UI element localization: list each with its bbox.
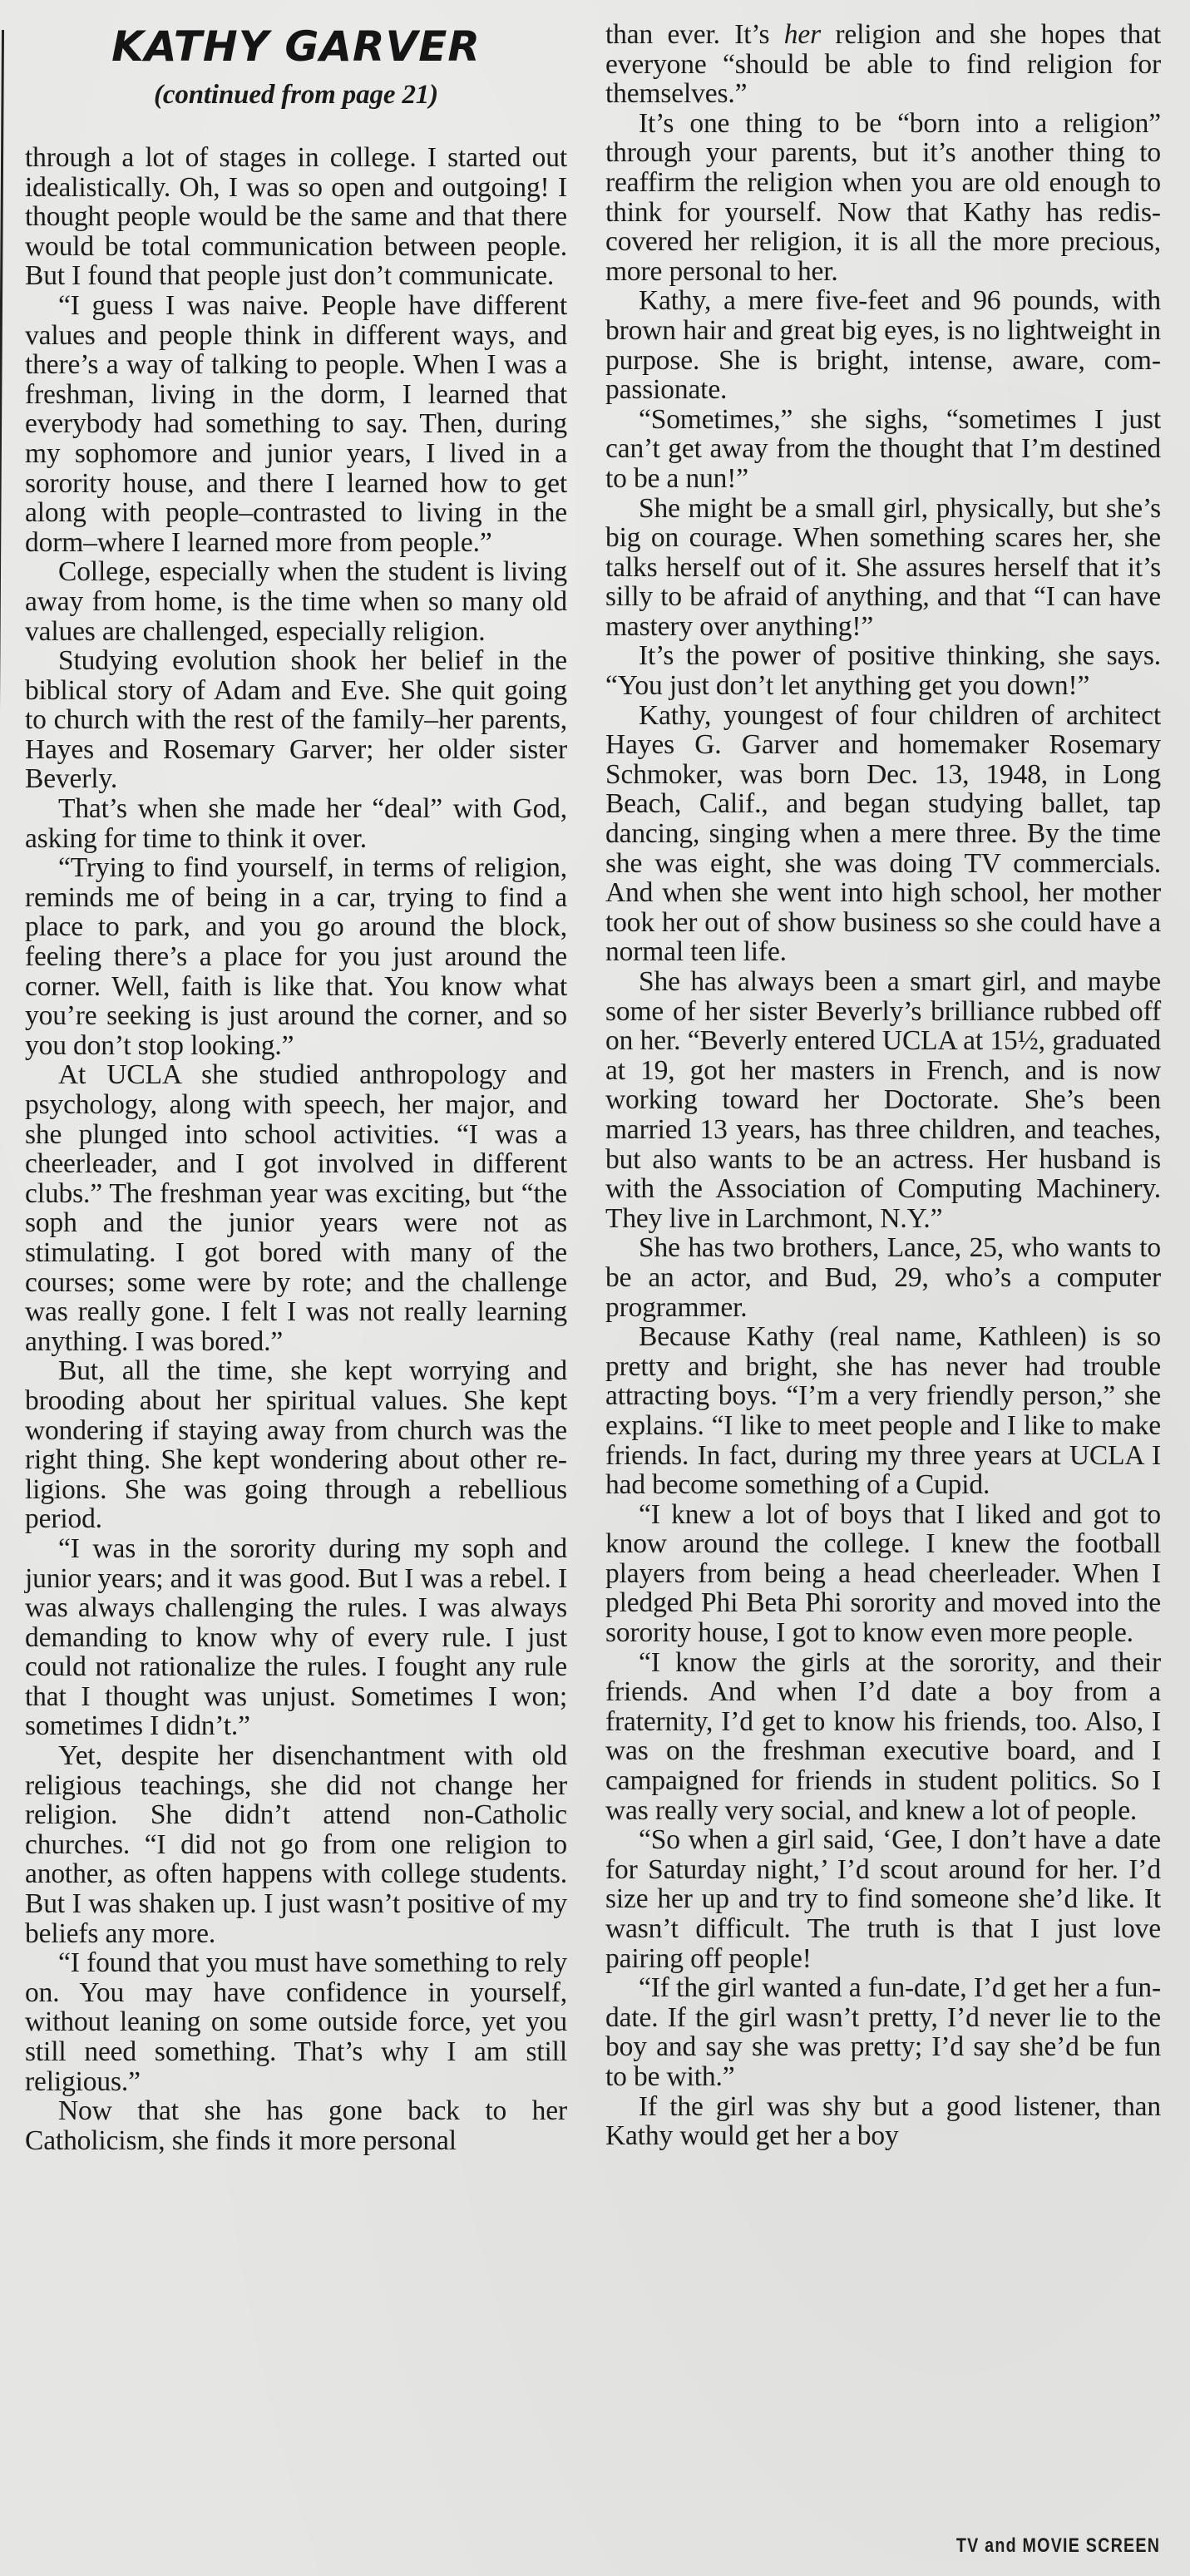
paragraph: Yet, despite her disenchantment with old… bbox=[25, 1741, 567, 1948]
paragraph: College, especially when the student is … bbox=[25, 557, 567, 646]
left-column-body: through a lot of stages in college. I st… bbox=[25, 143, 567, 2155]
magazine-footer: TV and MOVIE SCREEN bbox=[956, 2534, 1160, 2558]
right-column-body: It’s one thing to be “born into a re­lig… bbox=[605, 109, 1161, 2151]
paragraph: Studying evolution shook her be­lief in … bbox=[25, 646, 567, 794]
paragraph: Because Kathy (real name, Kath­leen) is … bbox=[605, 1322, 1161, 1500]
emphasized-word: her bbox=[784, 19, 821, 50]
paragraph: Kathy, a mere five-feet and 96 pounds, w… bbox=[605, 286, 1161, 404]
paragraph: “I was in the sorority during my soph an… bbox=[25, 1534, 567, 1741]
paragraph: At UCLA she studied anthropology and psy… bbox=[25, 1060, 567, 1356]
continued-from-note: (continued from page 21) bbox=[25, 76, 567, 113]
paragraph: “Sometimes,” she sighs, “sometimes I jus… bbox=[605, 405, 1161, 494]
paragraph: But, all the time, she kept worrying and… bbox=[25, 1356, 567, 1534]
paragraph: Kathy, youngest of four children of arch… bbox=[605, 701, 1161, 967]
paragraph-text: than ever. It’s bbox=[605, 19, 784, 50]
paragraph: than ever. It’s her religion and she hop… bbox=[605, 20, 1161, 109]
paragraph: “I knew a lot of boys that I liked and g… bbox=[605, 1500, 1161, 1648]
paragraph: It’s one thing to be “born into a re­lig… bbox=[605, 109, 1161, 287]
paragraph: She has always been a smart girl, and ma… bbox=[605, 967, 1161, 1233]
paragraph: That’s when she made her “deal” with God… bbox=[25, 794, 567, 853]
paragraph: “Trying to find yourself, in terms of re… bbox=[25, 853, 567, 1060]
paragraph: She might be a small girl, physi­cally, … bbox=[605, 494, 1161, 642]
paragraph: “If the girl wanted a fun-date, I’d get … bbox=[605, 1973, 1161, 2091]
magazine-page: KATHY GARVER (continued from page 21) th… bbox=[0, 0, 1190, 2576]
paragraph: It’s the power of positive thinking, she… bbox=[605, 641, 1161, 700]
paragraph: “I found that you must have some­thing t… bbox=[25, 1948, 567, 2096]
paragraph: “I guess I was naive. People have differ… bbox=[25, 291, 567, 557]
paragraph: Now that she has gone back to her Cathol… bbox=[25, 2096, 567, 2155]
article-headline: KATHY GARVER bbox=[25, 22, 567, 72]
right-column: than ever. It’s her religion and she hop… bbox=[605, 20, 1161, 2151]
column-rule bbox=[0, 30, 4, 2543]
left-column: KATHY GARVER (continued from page 21) th… bbox=[25, 0, 567, 2155]
paragraph: “So when a girl said, ‘Gee, I don’t have… bbox=[605, 1825, 1161, 1973]
paragraph: “I know the girls at the sorority, and t… bbox=[605, 1648, 1161, 1826]
paragraph: If the girl was shy but a good listen­er… bbox=[605, 2092, 1161, 2151]
paragraph: She has two brothers, Lance, 25, who wan… bbox=[605, 1233, 1161, 1322]
paragraph: through a lot of stages in college. I st… bbox=[25, 143, 567, 291]
